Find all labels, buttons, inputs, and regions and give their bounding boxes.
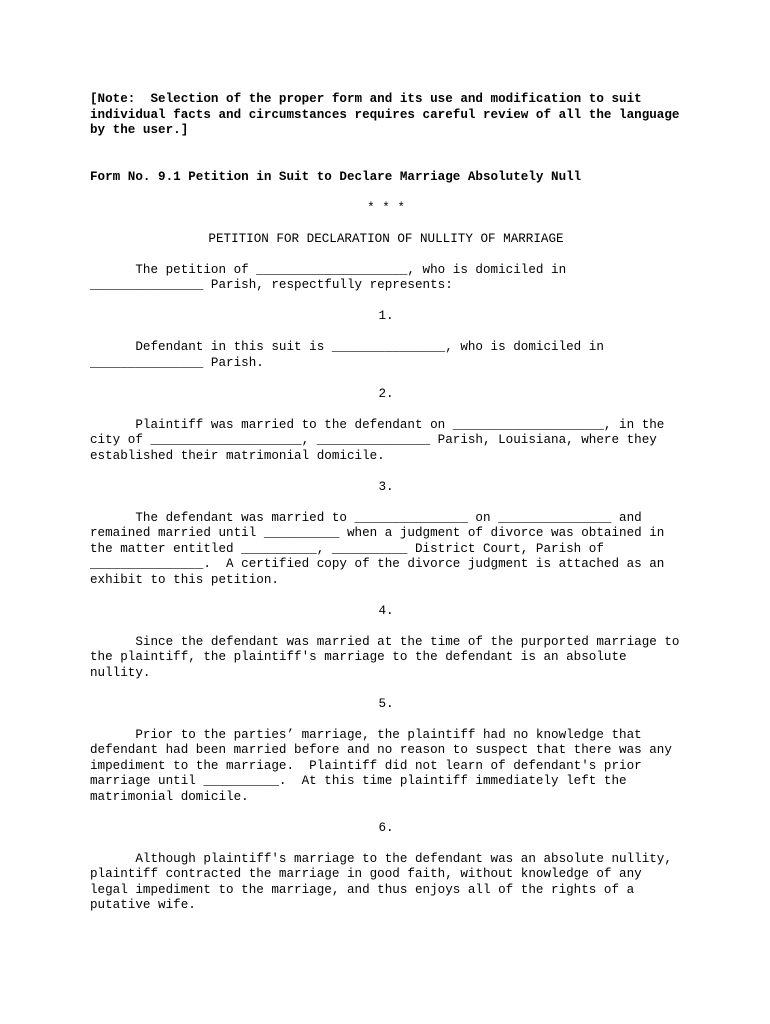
spacer bbox=[90, 805, 682, 821]
paragraph-line: city of ____________________, __________… bbox=[90, 433, 682, 449]
paragraph-line: the plaintiff, the plaintiff's marriage … bbox=[90, 650, 682, 666]
paragraph-line: The petition of ____________________, wh… bbox=[90, 263, 682, 279]
spacer bbox=[90, 216, 682, 232]
paragraph-line: Although plaintiff's marriage to the def… bbox=[90, 852, 682, 868]
paragraph-line: _______________. A certified copy of the… bbox=[90, 557, 682, 573]
spacer bbox=[90, 588, 682, 604]
spacer bbox=[90, 712, 682, 728]
paragraph-line: impediment to the marriage. Plaintiff di… bbox=[90, 759, 682, 775]
spacer bbox=[90, 247, 682, 263]
paragraph-line: defendant had been married before and no… bbox=[90, 743, 682, 759]
paragraph-line: _______________ Parish, respectfully rep… bbox=[90, 278, 682, 294]
paragraph-line: matrimonial domicile. bbox=[90, 790, 682, 806]
spacer bbox=[90, 464, 682, 480]
note-line: by the user.] bbox=[90, 123, 682, 139]
paragraph-line: nullity. bbox=[90, 666, 682, 682]
spacer bbox=[90, 836, 682, 852]
paragraph-line: _______________ Parish. bbox=[90, 356, 682, 372]
spacer bbox=[90, 495, 682, 511]
section-number: 5. bbox=[90, 697, 682, 713]
paragraph-line: Defendant in this suit is ______________… bbox=[90, 340, 682, 356]
spacer bbox=[90, 402, 682, 418]
paragraph-line: exhibit to this petition. bbox=[90, 573, 682, 589]
note-line: [Note: Selection of the proper form and … bbox=[90, 92, 682, 108]
spacer bbox=[90, 154, 682, 170]
paragraph-line: The defendant was married to ___________… bbox=[90, 511, 682, 527]
document-page: [Note: Selection of the proper form and … bbox=[0, 0, 770, 1024]
document-text: [Note: Selection of the proper form and … bbox=[90, 92, 682, 914]
spacer bbox=[90, 294, 682, 310]
document-title: PETITION FOR DECLARATION OF NULLITY OF M… bbox=[90, 232, 682, 248]
section-number: 6. bbox=[90, 821, 682, 837]
spacer bbox=[90, 325, 682, 341]
paragraph-line: putative wife. bbox=[90, 898, 682, 914]
separator-stars: * * * bbox=[90, 201, 682, 217]
spacer bbox=[90, 139, 682, 155]
paragraph-line: plaintiff contracted the marriage in goo… bbox=[90, 867, 682, 883]
paragraph-line: Plaintiff was married to the defendant o… bbox=[90, 418, 682, 434]
paragraph-line: legal impediment to the marriage, and th… bbox=[90, 883, 682, 899]
spacer bbox=[90, 185, 682, 201]
section-number: 3. bbox=[90, 480, 682, 496]
note-line: individual facts and circumstances requi… bbox=[90, 108, 682, 124]
spacer bbox=[90, 371, 682, 387]
section-number: 1. bbox=[90, 309, 682, 325]
section-number: 4. bbox=[90, 604, 682, 620]
paragraph-line: marriage until __________. At this time … bbox=[90, 774, 682, 790]
paragraph-line: remained married until __________ when a… bbox=[90, 526, 682, 542]
paragraph-line: Prior to the parties’ marriage, the plai… bbox=[90, 728, 682, 744]
form-number-line: Form No. 9.1 Petition in Suit to Declare… bbox=[90, 170, 682, 186]
paragraph-line: the matter entitled __________, ________… bbox=[90, 542, 682, 558]
spacer bbox=[90, 619, 682, 635]
paragraph-line: established their matrimonial domicile. bbox=[90, 449, 682, 465]
spacer bbox=[90, 681, 682, 697]
paragraph-line: Since the defendant was married at the t… bbox=[90, 635, 682, 651]
section-number: 2. bbox=[90, 387, 682, 403]
